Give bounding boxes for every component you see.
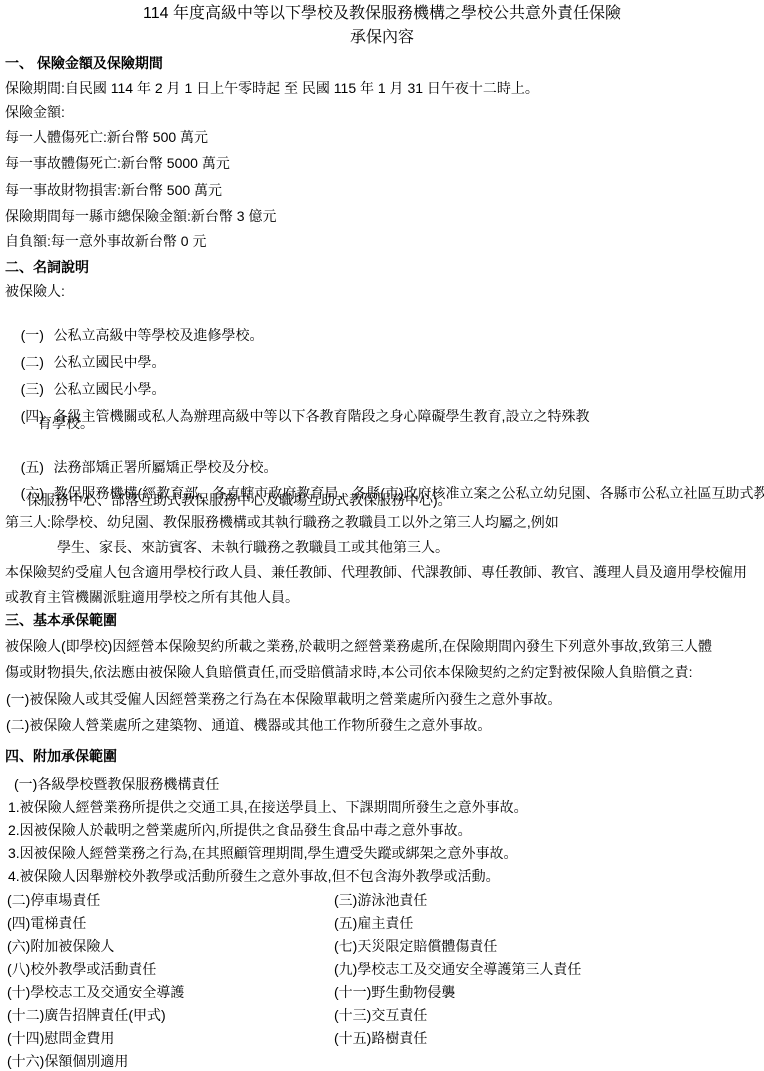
addendum-right: (五)雇主責任 <box>334 913 413 933</box>
document-title: 114 年度高級中等以下學校及教保服務機構之學校公共意外責任保險 <box>0 5 764 23</box>
addendum-left: (四)電梯責任 <box>7 913 86 933</box>
addendum-left: (十二)廣告招牌責任(甲式) <box>7 1005 166 1025</box>
employee-line-1: 本保險契約受雇人包含適用學校行政人員、兼任教師、代理教師、代課教師、專任教師、教… <box>5 563 747 581</box>
addendum-right: (十五)路樹責任 <box>334 1028 427 1048</box>
section2-heading: 二、名詞說明 <box>5 258 89 276</box>
addendum-right: (十一)野生動物侵襲 <box>334 982 455 1002</box>
coverage-paragraph-line-2: 傷或財物損失,依法應由被保險人負賠償責任,而受賠償請求時,本公司依本保險契約之約… <box>5 663 693 681</box>
sub-coverage-item-1: 1.被保險人經營業務所提供之交通工具,在接送學員上、下課期間所發生之意外事故。 <box>8 798 528 816</box>
amount-per-accident: 每一事故體傷死亡:新台幣 5000 萬元 <box>5 154 230 172</box>
addenda-row: (六)附加被保險人 (七)天災限定賠償體傷責任 <box>0 936 764 954</box>
sub-coverage-item-2: 2.因被保險人於載明之營業處所內,所提供之食品發生食品中毒之意外事故。 <box>8 821 472 839</box>
document-subtitle: 承保內容 <box>0 29 764 47</box>
addenda-row: (二)停車場責任 (三)游泳池責任 <box>0 890 764 908</box>
sub-coverage-item-3: 3.因被保險人經營業務之行為,在其照顧管理期間,學生遭受失蹤或綁架之意外事故。 <box>8 844 517 862</box>
coverage-item-1: (一)被保險人或其受僱人因經營業務之行為在本保險單載明之營業處所內發生之意外事故… <box>6 690 561 708</box>
coverage-paragraph-line-1: 被保險人(即學校)因經營本保險契約所載之業務,於載明之經營業務處所,在保險期間內… <box>5 637 712 655</box>
amount-property: 每一事故財物損害:新台幣 500 萬元 <box>5 181 222 199</box>
amount-per-person: 每一人體傷死亡:新台幣 500 萬元 <box>5 128 208 146</box>
addendum-left: (六)附加被保險人 <box>7 936 114 956</box>
sub-coverage-item-4: 4.被保險人因舉辦校外教學或活動所發生之意外事故,但不包含海外教學或活動。 <box>8 867 500 885</box>
amount-total-per-county: 保險期間每一縣市總保險金額:新台幣 3 億元 <box>5 207 276 225</box>
addenda-row: (十六)保額個別適用 <box>0 1051 764 1069</box>
addenda-row: (十)學校志工及交通安全導護 (十一)野生動物侵襲 <box>0 982 764 1000</box>
addenda-row: (四)電梯責任 (五)雇主責任 <box>0 913 764 931</box>
section1-heading: 一、 保險金額及保險期間 <box>5 54 163 72</box>
addendum-left: (十六)保額個別適用 <box>7 1051 128 1071</box>
insured-item-4-continuation: 育學校。 <box>38 414 94 432</box>
addendum-right: (七)天災限定賠償體傷責任 <box>334 936 497 956</box>
addenda-row: (八)校外教學或活動責任 (九)學校志工及交通安全導護第三人責任 <box>0 959 764 977</box>
insurance-document: 114 年度高級中等以下學校及教保服務機構之學校公共意外責任保險 承保內容 一、… <box>0 0 764 1071</box>
employee-line-2: 或教育主管機關派駐適用學校之所有其他人員。 <box>5 588 299 606</box>
amount-deductible: 自負額:每一意外事故新台幣 0 元 <box>5 232 206 250</box>
addendum-left: (二)停車場責任 <box>7 890 100 910</box>
third-party-line-2: 學生、家長、來訪賓客、未執行職務之教職員工或其他第三人。 <box>57 538 449 556</box>
coverage-item-2: (二)被保險人營業處所之建築物、通道、機器或其他工作物所發生之意外事故。 <box>6 716 491 734</box>
insured-item-6-continuation: 保服務中心、部落互助式教保服務中心及職場互助式教保服務中心)。 <box>27 491 452 509</box>
item-text: 各級主管機關或私人為辦理高級中等以下各教育階段之身心障礙學生教育,設立之特殊教 <box>54 408 590 424</box>
third-party-line-1: 第三人:除學校、幼兒園、教保服務機構或其執行職務之教職員工以外之第三人均屬之,例… <box>5 513 559 531</box>
addendum-left: (八)校外教學或活動責任 <box>7 959 156 979</box>
addenda-row: (十二)廣告招牌責任(甲式) (十三)交互責任 <box>0 1005 764 1023</box>
section4-heading: 四、附加承保範圍 <box>5 747 117 765</box>
addendum-right: (三)游泳池責任 <box>334 890 427 910</box>
addenda-row: (十四)慰問金費用 (十五)路樹責任 <box>0 1028 764 1046</box>
addendum-right: (十三)交互責任 <box>334 1005 427 1025</box>
insured-label: 被保險人: <box>5 282 65 300</box>
insurance-amount-label: 保險金額: <box>5 103 65 121</box>
addendum-left: (十)學校志工及交通安全導護 <box>7 982 184 1002</box>
addendum-right: (九)學校志工及交通安全導護第三人責任 <box>334 959 581 979</box>
section3-heading: 三、基本承保範圍 <box>5 611 117 629</box>
addendum-left: (十四)慰問金費用 <box>7 1028 114 1048</box>
sub-coverage-heading: (一)各級學校暨教保服務機構責任 <box>14 775 219 793</box>
insurance-period: 保險期間:自民國 114 年 2 月 1 日上午零時起 至 民國 115 年 1… <box>5 79 539 97</box>
